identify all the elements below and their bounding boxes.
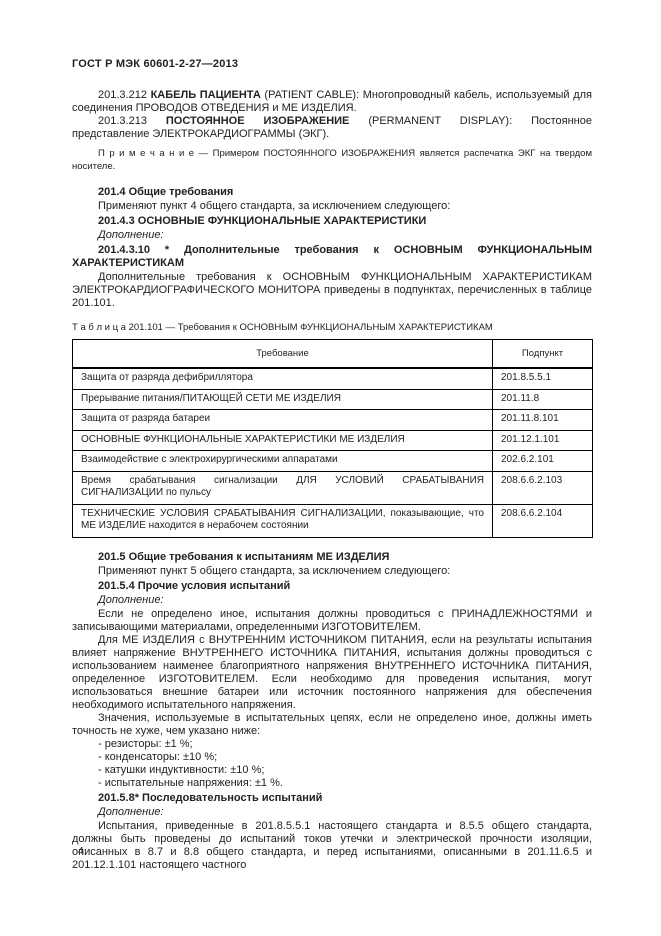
requirement-cell: ОСНОВНЫЕ ФУНКЦИОНАЛЬНЫЕ ХАРАКТЕРИСТИКИ М… — [73, 430, 493, 451]
subclause-cell: 202.6.2.101 — [493, 451, 593, 472]
table-header-row: Требование Подпункт — [73, 340, 593, 369]
defined-term: КАБЕЛЬ ПАЦИЕНТА — [151, 89, 261, 101]
paragraph-201-4-3-10: Дополнительные требования к ОСНОВНЫМ ФУН… — [72, 271, 592, 310]
document-page: ГОСТ Р МЭК 60601-2-27—2013 201.3.212 КАБ… — [0, 0, 661, 936]
requirement-cell: Защита от разряда дефибриллятора — [73, 368, 493, 389]
requirements-table: Требование Подпункт Защита от разряда де… — [72, 339, 593, 538]
paragraph-201-5: Применяют пункт 5 общего стандарта, за и… — [72, 565, 592, 578]
paragraph-test-sequence: Испытания, приведенные в 201.8.5.5.1 нас… — [72, 820, 592, 872]
note-paragraph: П р и м е ч а н и е — Примером ПОСТОЯННО… — [72, 148, 592, 173]
subclause-cell: 208.6.6.2.104 — [493, 504, 593, 537]
definition-patient-cable: 201.3.212 КАБЕЛЬ ПАЦИЕНТА (PATIENT CABLE… — [72, 89, 592, 115]
requirement-cell: ТЕХНИЧЕСКИЕ УСЛОВИЯ СРАБАТЫВАНИЯ СИГНАЛИ… — [73, 504, 493, 537]
requirement-cell: Время срабатывания сигнализации ДЛЯ УСЛО… — [73, 471, 493, 504]
table-row: Защита от разряда батареи 201.11.8.101 — [73, 410, 593, 431]
paragraph-accessories: Если не определено иное, испытания должн… — [72, 608, 592, 634]
subclause-cell: 201.12.1.101 — [493, 430, 593, 451]
clause-number: 201.3.212 — [98, 89, 147, 101]
requirement-cell: Взаимодействие с электрохирургическими а… — [73, 451, 493, 472]
subclause-cell: 201.8.5.5.1 — [493, 368, 593, 389]
table-row: Защита от разряда дефибриллятора 201.8.5… — [73, 368, 593, 389]
subclause-cell: 201.11.8 — [493, 389, 593, 410]
addition-label: Дополнение: — [72, 594, 592, 607]
definition-permanent-display: 201.3.213 ПОСТОЯННОЕ ИЗОБРАЖЕНИЕ (PERMAN… — [72, 115, 592, 141]
subclause-cell: 201.11.8.101 — [493, 410, 593, 431]
addition-label: Дополнение: — [72, 229, 592, 242]
heading-201-5: 201.5 Общие требования к испытаниям МЕ И… — [72, 551, 592, 564]
column-header-subclause: Подпункт — [493, 340, 593, 369]
column-header-requirement: Требование — [73, 340, 493, 369]
list-item-inductors: - катушки индуктивности: ±10 %; — [72, 764, 592, 777]
note-label: П р и м е ч а н и е — — [98, 148, 208, 159]
heading-201-4-3-10: 201.4.3.10 * Дополнительные требования к… — [72, 244, 592, 270]
list-item-capacitors: - конденсаторы: ±10 %; — [72, 751, 592, 764]
addition-label: Дополнение: — [72, 806, 592, 819]
heading-201-5-8: 201.5.8* Последовательность испытаний — [72, 792, 592, 805]
running-header: ГОСТ Р МЭК 60601-2-27—2013 — [72, 58, 592, 70]
table-row: Прерывание питания/ПИТАЮЩЕЙ СЕТИ МЕ ИЗДЕ… — [73, 389, 593, 410]
table-row: Время срабатывания сигнализации ДЛЯ УСЛО… — [73, 471, 593, 504]
paragraph-test-values: Значения, используемые в испытательных ц… — [72, 712, 592, 738]
list-item-test-voltages: - испытательные напряжения: ±1 %. — [72, 777, 592, 790]
table-row: ОСНОВНЫЕ ФУНКЦИОНАЛЬНЫЕ ХАРАКТЕРИСТИКИ М… — [73, 430, 593, 451]
heading-201-5-4: 201.5.4 Прочие условия испытаний — [72, 580, 592, 593]
table-row: ТЕХНИЧЕСКИЕ УСЛОВИЯ СРАБАТЫВАНИЯ СИГНАЛИ… — [73, 504, 593, 537]
requirement-cell: Прерывание питания/ПИТАЮЩЕЙ СЕТИ МЕ ИЗДЕ… — [73, 389, 493, 410]
list-item-resistors: - резисторы: ±1 %; — [72, 738, 592, 751]
table-caption: Т а б л и ц а 201.101 — Требования к ОСН… — [72, 322, 592, 334]
paragraph-internal-power: Для МЕ ИЗДЕЛИЯ с ВНУТРЕННИМ ИСТОЧНИКОМ П… — [72, 634, 592, 712]
table-row: Взаимодействие с электрохирургическими а… — [73, 451, 593, 472]
heading-201-4: 201.4 Общие требования — [72, 186, 592, 199]
page-content: ГОСТ Р МЭК 60601-2-27—2013 201.3.212 КАБ… — [72, 58, 592, 872]
clause-number: 201.3.213 — [98, 115, 147, 127]
page-number: 4 — [78, 846, 84, 857]
defined-term: ПОСТОЯННОЕ ИЗОБРАЖЕНИЕ — [166, 115, 350, 127]
subclause-cell: 208.6.6.2.103 — [493, 471, 593, 504]
tolerance-list: - резисторы: ±1 %; - конденсаторы: ±10 %… — [72, 738, 592, 790]
paragraph-201-4: Применяют пункт 4 общего стандарта, за и… — [72, 200, 592, 213]
heading-201-4-3: 201.4.3 ОСНОВНЫЕ ФУНКЦИОНАЛЬНЫЕ ХАРАКТЕР… — [72, 215, 592, 228]
requirement-cell: Защита от разряда батареи — [73, 410, 493, 431]
